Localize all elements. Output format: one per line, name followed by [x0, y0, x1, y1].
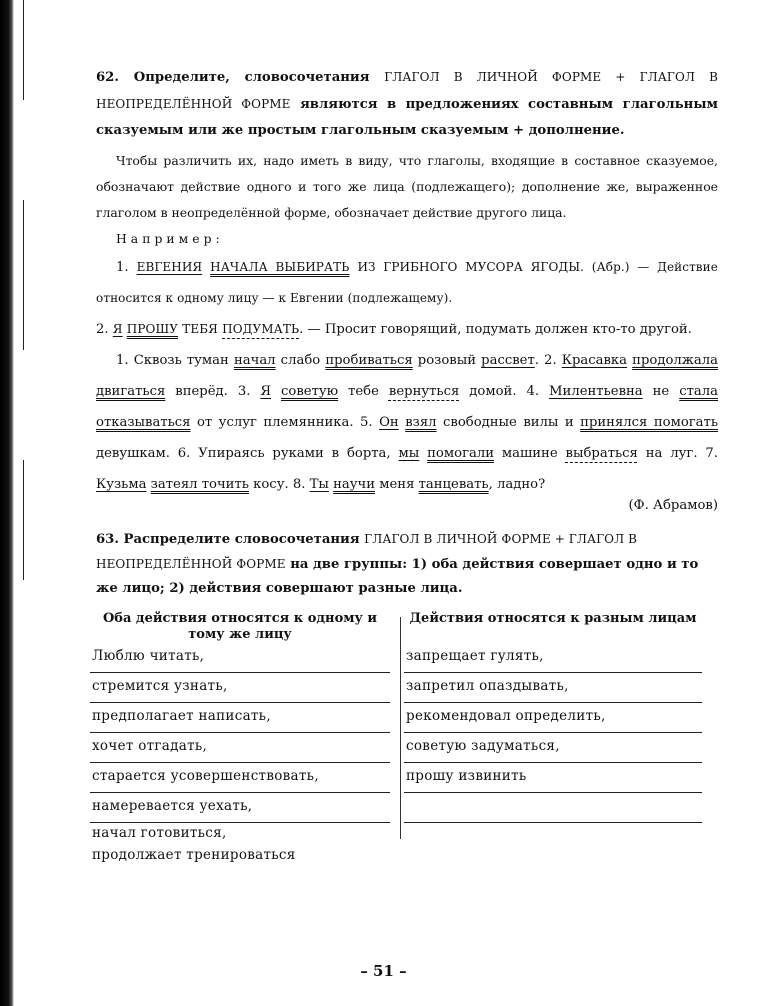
binding-edge-line	[23, 200, 24, 350]
subject-word: рассвет	[481, 353, 535, 368]
sentence-text: косу. 8.	[249, 477, 310, 492]
column-divider	[400, 617, 401, 839]
sentence-text: 1. Сквозь туман	[116, 353, 234, 368]
table-cell: советую задуматься,	[404, 733, 702, 763]
binding-edge-line	[23, 0, 24, 100]
table-cell: хочет отгадать,	[90, 733, 390, 763]
sentence-text: , ладно?	[489, 477, 546, 492]
exercise-number: 63.	[96, 532, 119, 547]
column-different-persons: Действия относятся к разным лицам запрещ…	[404, 611, 702, 823]
example-2: 2. Я ПРОШУ ТЕБЯ ПОДУМАТЬ. — Просит говор…	[96, 314, 718, 345]
subject-word: Милентьевна	[549, 384, 643, 399]
sentence-text: . 2.	[535, 353, 562, 368]
exercise-62-heading: 62. Определите, словосочетания ГЛАГОЛ В …	[96, 64, 718, 144]
table-cell: стремится узнать,	[90, 673, 390, 703]
subject-word: Кузьма	[96, 477, 146, 492]
exercise-63-heading: 63. Распределите словосочетания ГЛАГОЛ В…	[96, 527, 718, 601]
table-cell: начал готовиться,	[90, 823, 390, 845]
sentence-text: меня	[375, 477, 419, 492]
subject-word: Он	[379, 415, 399, 430]
table-cell: рекомендовал определить,	[404, 703, 702, 733]
page-number: – 51 –	[0, 962, 767, 980]
sentence-text: вперёд. 3.	[165, 384, 260, 399]
predicate-word: помогали	[427, 446, 494, 461]
column-header: Действия относятся к разным лицам	[404, 611, 702, 643]
sentence-text: розовый	[413, 353, 481, 368]
subject-word: Ты	[310, 477, 329, 492]
predicate-word: начал	[234, 353, 276, 368]
table-cell: старается усовершенствовать,	[90, 763, 390, 793]
binding-edge-line	[23, 460, 24, 580]
column-header: Оба действия относятся к одному и тому ж…	[90, 611, 390, 643]
textbook-page: 62. Определите, словосочетания ГЛАГОЛ В …	[96, 64, 718, 611]
subject-word: Красавка	[562, 353, 627, 368]
predicate-word: танцевать	[419, 477, 489, 492]
object-word: вернуться	[389, 384, 459, 399]
table-cell	[404, 793, 702, 823]
sentence-text: машине	[494, 446, 566, 461]
rule-text: Чтобы различить их, надо иметь в виду, ч…	[96, 148, 718, 226]
example-1: 1. ЕВГЕНИЯ НАЧАЛА ВЫБИРАТЬ ИЗ ГРИБНОГО М…	[96, 252, 718, 314]
table-cell: продолжает тренироваться	[90, 845, 390, 867]
sentence-text: домой. 4.	[459, 384, 549, 399]
sentence-text: слабо	[276, 353, 326, 368]
sentence-text	[419, 446, 427, 461]
sentence-text: тебе	[338, 384, 389, 399]
sentence-text: не	[643, 384, 680, 399]
predicate-word: научи	[333, 477, 375, 492]
table-cell: намеревается уехать,	[90, 793, 390, 823]
exercise-62-sentences: 1. Сквозь туман начал слабо пробиваться …	[96, 345, 718, 500]
book-binding-shadow	[0, 0, 14, 1006]
sentence-text: на луг. 7.	[638, 446, 718, 461]
table-cell: запрещает гулять,	[404, 643, 702, 673]
table-cell: Люблю читать,	[90, 643, 390, 673]
example-label: Например:	[96, 226, 718, 252]
sentence-text	[271, 384, 281, 399]
predicate-word: принялся помогать	[580, 415, 718, 430]
predicate-word: пробиваться	[325, 353, 412, 368]
sentence-text: девушкам. 6. Упираясь руками в борта,	[96, 446, 399, 461]
predicate-word: взял	[405, 415, 436, 430]
table-cell: предполагает написать,	[90, 703, 390, 733]
predicate-word: советую	[281, 384, 338, 399]
subject-word: Я	[260, 384, 271, 399]
column-same-person: Оба действия относятся к одному и тому ж…	[90, 611, 390, 867]
table-cell: прошу извинить	[404, 763, 702, 793]
table-cell: запретил опаздывать,	[404, 673, 702, 703]
sentence-text: свободные вилы и	[437, 415, 581, 430]
source-author: (Ф. Абрамов)	[96, 498, 718, 513]
predicate-word: затеял точить	[151, 477, 249, 492]
object-word: выбраться	[566, 446, 638, 461]
sentence-text: от услуг племянника. 5.	[191, 415, 380, 430]
exercise-number: 62.	[96, 70, 119, 85]
subject-word: мы	[399, 446, 420, 461]
